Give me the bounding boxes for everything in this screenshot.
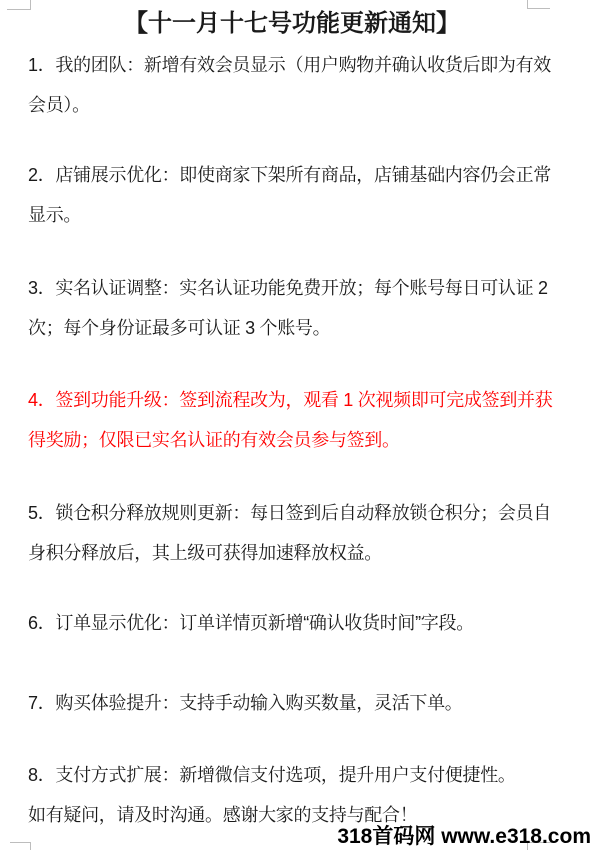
- notice-item-4-line-2: 得奖励；仅限已实名认证的有效会员参与签到。: [28, 420, 556, 460]
- notice-item-7: 7．购买体验提升：支持手动输入购买数量，灵活下单。: [28, 683, 556, 723]
- notice-document: 【十一月十七号功能更新通知】 1．我的团队：新增有效会员显示（用户购物并确认收货…: [0, 0, 596, 835]
- notice-item-5: 5．锁仓积分释放规则更新：每日签到后自动释放锁仓积分；会员自 身积分释放后，其上…: [28, 493, 556, 573]
- notice-item-1-line-1: 1．我的团队：新增有效会员显示（用户购物并确认收货后即为有效: [28, 45, 556, 85]
- notice-item-2-line-2: 显示。: [28, 195, 556, 235]
- notice-item-6: 6．订单显示优化：订单详情页新增“确认收货时间”字段。: [28, 603, 556, 643]
- notice-title: 【十一月十七号功能更新通知】: [28, 3, 556, 45]
- notice-item-1-line-2: 会员）。: [28, 85, 556, 125]
- notice-item-3: 3．实名认证调整：实名认证功能免费开放；每个账号每日可认证 2 次；每个身份证最…: [28, 268, 556, 348]
- watermark: 318首码网 www.e318.com: [337, 820, 591, 850]
- text-boundary-mark-bottom-left: [10, 842, 31, 850]
- notice-item-3-line-2: 次；每个身份证最多可认证 3 个账号。: [28, 308, 556, 348]
- document-page: 【十一月十七号功能更新通知】 1．我的团队：新增有效会员显示（用户购物并确认收货…: [0, 0, 596, 850]
- notice-item-5-line-2: 身积分释放后，其上级可获得加速释放权益。: [28, 533, 556, 573]
- notice-item-3-line-1: 3．实名认证调整：实名认证功能免费开放；每个账号每日可认证 2: [28, 268, 556, 308]
- notice-item-2-line-1: 2．店铺展示优化：即使商家下架所有商品，店铺基础内容仍会正常: [28, 155, 556, 195]
- text-boundary-mark-top-left: [7, 0, 31, 10]
- text-boundary-mark-top-right: [527, 0, 550, 9]
- notice-item-8: 8．支付方式扩展：新增微信支付选项，提升用户支付便捷性。: [28, 755, 556, 795]
- notice-item-2: 2．店铺展示优化：即使商家下架所有商品，店铺基础内容仍会正常 显示。: [28, 155, 556, 235]
- notice-item-1: 1．我的团队：新增有效会员显示（用户购物并确认收货后即为有效 会员）。: [28, 45, 556, 125]
- notice-item-4-highlighted: 4．签到功能升级：签到流程改为，观看 1 次视频即可完成签到并获 得奖励；仅限已…: [28, 380, 556, 460]
- notice-item-7-line-1: 7．购买体验提升：支持手动输入购买数量，灵活下单。: [28, 683, 556, 723]
- notice-item-6-line-1: 6．订单显示优化：订单详情页新增“确认收货时间”字段。: [28, 603, 556, 643]
- notice-item-5-line-1: 5．锁仓积分释放规则更新：每日签到后自动释放锁仓积分；会员自: [28, 493, 556, 533]
- notice-item-4-line-1: 4．签到功能升级：签到流程改为，观看 1 次视频即可完成签到并获: [28, 380, 556, 420]
- notice-item-8-line-1: 8．支付方式扩展：新增微信支付选项，提升用户支付便捷性。: [28, 755, 556, 795]
